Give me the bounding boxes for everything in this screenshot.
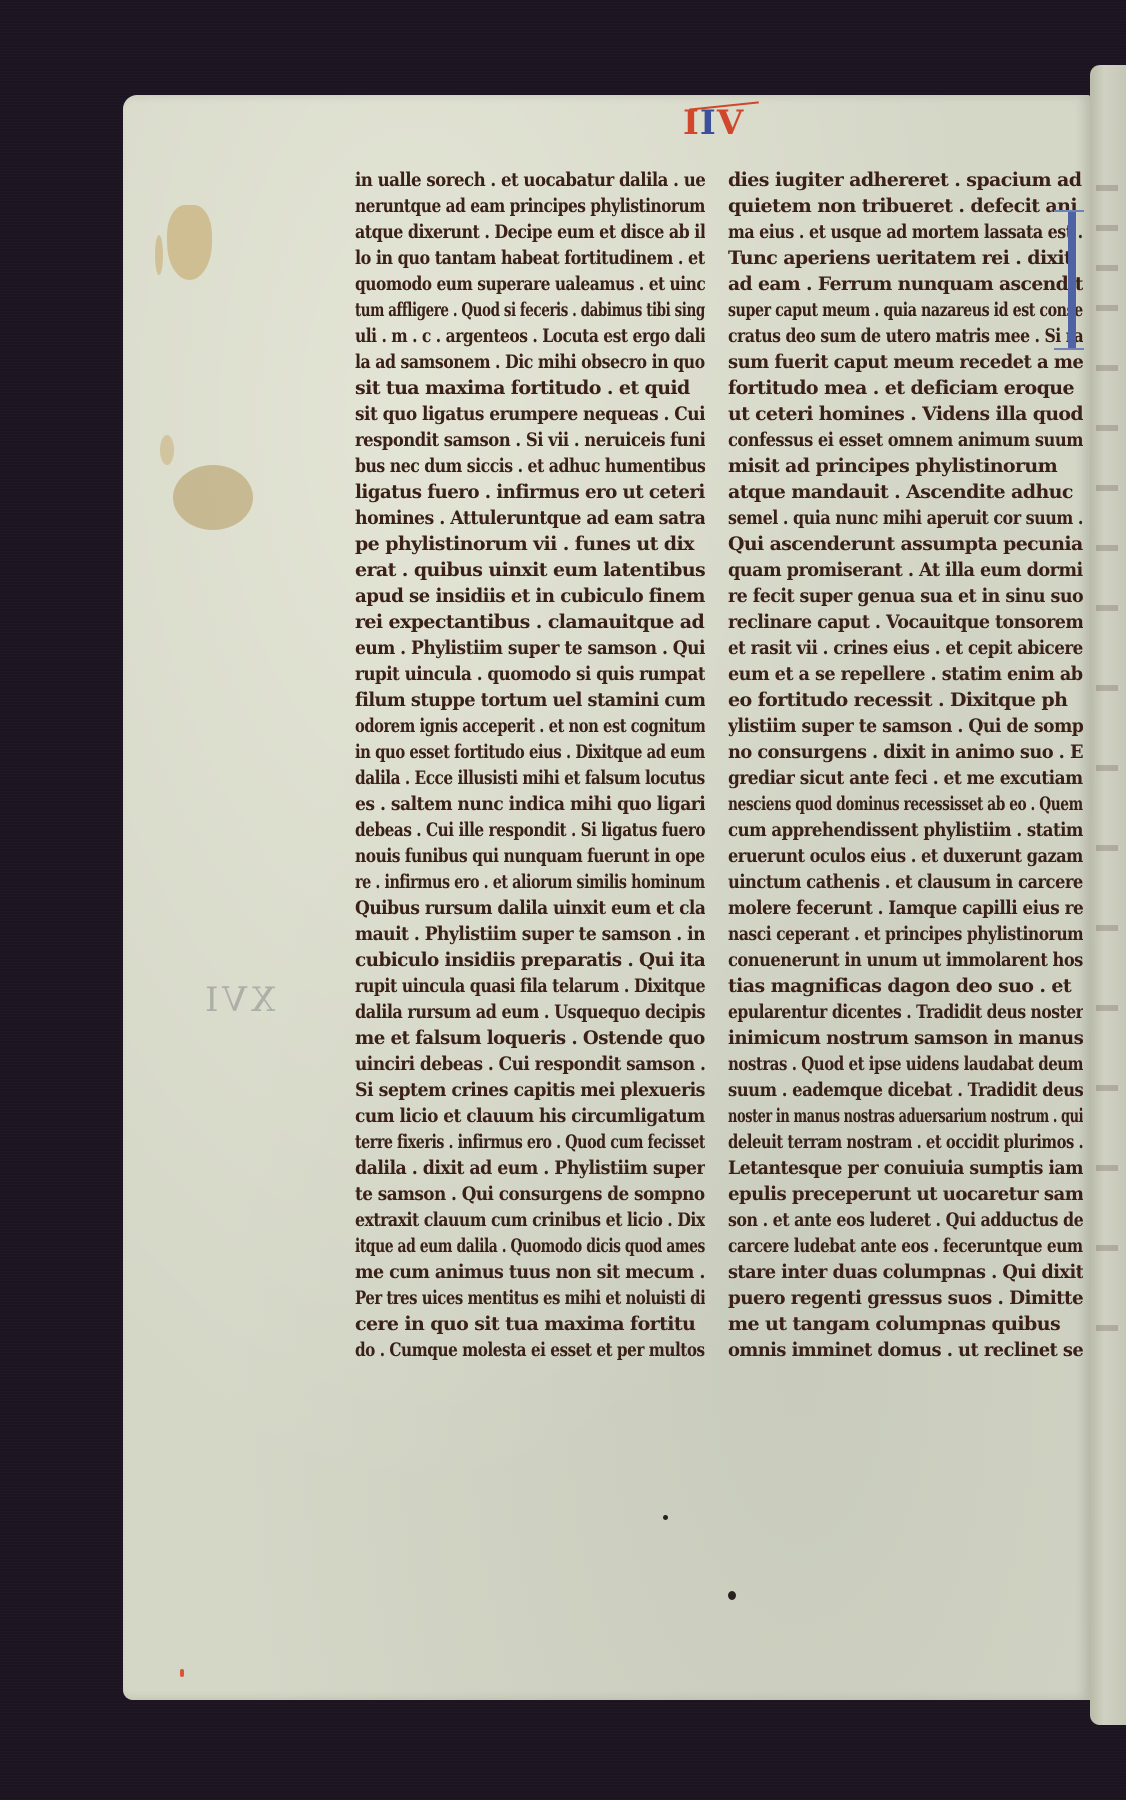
text-line: Qui ascenderunt assumpta pecunia (728, 531, 1083, 557)
text-line: rupit uincula . quomodo si quis rumpat (355, 661, 705, 687)
show-through-mark (1096, 1245, 1118, 1251)
stain (155, 235, 163, 275)
show-through-mark (1096, 765, 1118, 771)
text-line: atque dixerunt . Decipe eum et disce ab … (355, 219, 705, 245)
text-line: inimicum nostrum samson in manus (728, 1025, 1083, 1051)
stain (173, 465, 253, 530)
text-line: no consurgens . dixit in animo suo . E (728, 739, 1083, 765)
text-line: la ad samsonem . Dic mihi obsecro in quo (355, 349, 705, 375)
text-line: cum apprehendissent phylistiim . statim (728, 817, 1083, 843)
text-line: ut ceteri homines . Videns illa quod (728, 401, 1083, 427)
text-line: extraxit clauum cum crinibus et licio . … (355, 1207, 705, 1233)
text-line: dalila . dixit ad eum . Phylistiim super (355, 1155, 705, 1181)
show-through-mark (1096, 845, 1118, 851)
text-line: uinciri debeas . Cui respondit samson . (355, 1051, 705, 1077)
text-line: dalila . Ecce illusisti mihi et falsum l… (355, 765, 705, 791)
text-line: rei expectantibus . clamauitque ad (355, 609, 705, 635)
show-through-mark (1096, 425, 1118, 431)
text-line: dalila rursum ad eum . Usquequo decipis (355, 999, 705, 1025)
text-line: quam promiserant . At illa eum dormi (728, 557, 1083, 583)
text-line: son . et ante eos luderet . Qui adductus… (728, 1207, 1083, 1233)
text-line: Quibus rursum dalila uinxit eum et cla (355, 895, 705, 921)
text-line: dies iugiter adhereret . spacium ad (728, 167, 1083, 193)
red-ink-speck (180, 1669, 184, 1677)
text-line: epulis preceperunt ut uocaretur sam (728, 1181, 1083, 1207)
text-line: debeas . Cui ille respondit . Si ligatus… (355, 817, 705, 843)
text-column-right: dies iugiter adhereret . spacium adquiet… (728, 167, 1083, 1363)
text-line: fortitudo mea . et deficiam eroque (728, 375, 1083, 401)
text-line: homines . Attuleruntque ad eam satra (355, 505, 705, 531)
text-line: quietem non tribueret . defecit ani (728, 193, 1083, 219)
text-line: cere in quo sit tua maxima fortitu (355, 1311, 705, 1337)
text-line: eum et a se repellere . statim enim ab (728, 661, 1083, 687)
text-line: suum . eademque dicebat . Tradidit deus (728, 1077, 1083, 1103)
text-line: semel . quia nunc mihi aperuit cor suum … (728, 505, 1083, 531)
text-line: in ualle sorech . et uocabatur dalila . … (355, 167, 705, 193)
text-line: apud se insidiis et in cubiculo finem (355, 583, 705, 609)
text-line: cratus deo sum de utero matris mee . Si … (728, 323, 1083, 349)
stain (167, 205, 212, 280)
text-line: cubiculo insidiis preparatis . Qui ita (355, 947, 705, 973)
show-through-mark (1096, 605, 1118, 611)
text-line: erat . quibus uinxit eum latentibus (355, 557, 705, 583)
text-line: stare inter duas columpnas . Qui dixit (728, 1259, 1083, 1285)
text-line: noster in manus nostras aduersarium nost… (728, 1103, 1083, 1129)
text-line: epularentur dicentes . Tradidit deus nos… (728, 999, 1083, 1025)
text-line: sit tua maxima fortitudo . et quid (355, 375, 705, 401)
show-through-mark (1096, 365, 1118, 371)
show-through-mark (1096, 185, 1118, 191)
text-line: reclinare caput . Vocauitque tonsorem (728, 609, 1083, 635)
text-line: uli . m . c . argenteos . Locuta est erg… (355, 323, 705, 349)
text-line: sit quo ligatus erumpere nequeas . Cui (355, 401, 705, 427)
text-line: ma eius . et usque ad mortem lassata est… (728, 219, 1083, 245)
text-line: respondit samson . Si vii . neruiceis fu… (355, 427, 705, 453)
text-line: filum stuppe tortum uel stamini cum (355, 687, 705, 713)
text-line: confessus ei esset omnem animum suum (728, 427, 1083, 453)
text-line: super caput meum . quia nazareus id est … (728, 297, 1083, 323)
text-line: Tunc aperiens ueritatem rei . dixit (728, 245, 1083, 271)
text-line: carcere ludebat ante eos . feceruntque e… (728, 1233, 1083, 1259)
text-line: sum fuerit caput meum recedet a me (728, 349, 1083, 375)
text-line: molere fecerunt . Iamque capilli eius re (728, 895, 1083, 921)
text-line: in quo esset fortitudo eius . Dixitque a… (355, 739, 705, 765)
text-line: lo in quo tantam habeat fortitudinem . e… (355, 245, 705, 271)
text-line: re fecit super genua sua et in sinu suo (728, 583, 1083, 609)
text-line: me cum animus tuus non sit mecum . (355, 1259, 705, 1285)
text-line: ligatus fuero . infirmus ero ut ceteri (355, 479, 705, 505)
text-line: me ut tangam columpnas quibus (728, 1311, 1083, 1337)
text-line: ylistiim super te samson . Qui de somp (728, 713, 1083, 739)
text-line: rupit uincula quasi fila telarum . Dixit… (355, 973, 705, 999)
text-line: re . infirmus ero . et aliorum similis h… (355, 869, 705, 895)
show-through-mark (1096, 1005, 1118, 1011)
text-line: deleuit terram nostram . et occidit plur… (728, 1129, 1083, 1155)
text-line: tias magnificas dagon deo suo . et (728, 973, 1083, 999)
text-line: odorem ignis acceperit . et non est cogn… (355, 713, 705, 739)
show-through-mark (1096, 1325, 1118, 1331)
header-letter-red: V (717, 103, 744, 143)
text-line: nasci ceperant . et principes phylistino… (728, 921, 1083, 947)
text-line: eum . Phylistiim super te samson . Qui (355, 635, 705, 661)
show-through-mark (1096, 545, 1118, 551)
running-header: I I V (683, 97, 744, 143)
text-line: et rasit vii . crines eius . et cepit ab… (728, 635, 1083, 661)
manuscript-page: I I V XVI in ualle sorech . et uocabatur… (123, 95, 1090, 1700)
show-through-mark (1096, 685, 1118, 691)
text-line: misit ad principes phylistinorum (728, 453, 1083, 479)
text-line: itque ad eum dalila . Quomodo dicis quod… (355, 1233, 705, 1259)
text-line: tum affligere . Quod si feceris . dabimu… (355, 297, 705, 323)
paragraph-bracket (1068, 210, 1076, 350)
text-line: Si septem crines capitis mei plexueris (355, 1077, 705, 1103)
text-column-left: in ualle sorech . et uocabatur dalila . … (355, 167, 705, 1363)
ink-speck (728, 1591, 736, 1600)
text-line: nouis funibus qui nunquam fuerunt in ope (355, 843, 705, 869)
text-line: terre fixeris . infirmus ero . Quod cum … (355, 1129, 705, 1155)
show-through-mark (1096, 925, 1118, 931)
marginal-note: XVI (201, 980, 275, 1020)
text-line: ad eam . Ferrum nunquam ascendit (728, 271, 1083, 297)
text-line: grediar sicut ante feci . et me excutiam (728, 765, 1083, 791)
text-line: puero regenti gressus suos . Dimitte (728, 1285, 1083, 1311)
text-line: nesciens quod dominus recessisset ab eo … (728, 791, 1083, 817)
show-through-mark (1096, 1165, 1118, 1171)
text-line: pe phylistinorum vii . funes ut dix (355, 531, 705, 557)
text-line: eo fortitudo recessit . Dixitque ph (728, 687, 1083, 713)
text-line: omnis imminet domus . ut reclinet se (728, 1337, 1083, 1363)
text-line: uinctum cathenis . et clausum in carcere (728, 869, 1083, 895)
text-line: Letantesque per conuiuia sumptis iam (728, 1155, 1083, 1181)
stain (160, 435, 174, 465)
text-line: bus nec dum siccis . et adhuc humentibus (355, 453, 705, 479)
show-through-mark (1096, 265, 1118, 271)
text-line: quomodo eum superare ualeamus . et uinc (355, 271, 705, 297)
text-line: eruerunt oculos eius . et duxerunt gazam (728, 843, 1083, 869)
text-line: neruntque ad eam principes phylistinorum (355, 193, 705, 219)
text-line: es . saltem nunc indica mihi quo ligari (355, 791, 705, 817)
ink-speck (663, 1515, 668, 1520)
text-line: conuenerunt in unum ut immolarent hos (728, 947, 1083, 973)
text-line: atque mandauit . Ascendite adhuc (728, 479, 1083, 505)
text-line: Per tres uices mentitus es mihi et nolui… (355, 1285, 705, 1311)
adjacent-leaf-edge (1090, 65, 1126, 1725)
text-line: do . Cumque molesta ei esset et per mult… (355, 1337, 705, 1363)
show-through-mark (1096, 225, 1118, 231)
text-line: me et falsum loqueris . Ostende quo (355, 1025, 705, 1051)
show-through-mark (1096, 305, 1118, 311)
show-through-mark (1096, 1085, 1118, 1091)
text-line: mauit . Phylistiim super te samson . in (355, 921, 705, 947)
show-through-mark (1096, 485, 1118, 491)
text-line: te samson . Qui consurgens de sompno (355, 1181, 705, 1207)
text-line: cum licio et clauum his circumligatum (355, 1103, 705, 1129)
text-line: nostras . Quod et ipse uidens laudabat d… (728, 1051, 1083, 1077)
